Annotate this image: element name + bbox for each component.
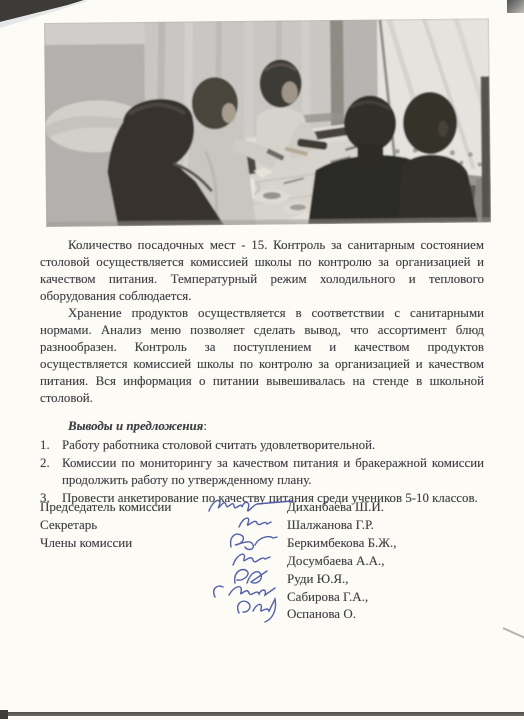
signature-stroke [238, 599, 276, 622]
signature-name: Сабирова Г.А., [287, 588, 396, 606]
body-text: Количество посадочных мест - 15. Контрол… [40, 237, 484, 507]
signature-name: Беркимбекова Б.Ж., [287, 534, 396, 552]
signature-stroke [231, 534, 277, 549]
signature-name: Руди Ю.Я., [287, 570, 396, 588]
signature-stroke [235, 570, 267, 584]
conclusions-heading: Выводы и предложения: [68, 418, 484, 435]
list-item-number: 1. [40, 437, 62, 455]
signature-name: Досумбаева А.А., [287, 552, 396, 570]
photo-illustration [44, 18, 491, 227]
scan-artifact-bottom-notch [0, 710, 8, 719]
signature-roles: Председатель комиссии Секретарь Члены ко… [40, 498, 171, 552]
signature-role-secretary: Секретарь [40, 516, 171, 534]
signature-names: Диханбаева Ш.И. Шалжанова Г.Р. Беркимбек… [287, 498, 396, 623]
list-item-text: Работу работника столовой считать удовле… [62, 437, 484, 455]
list-item: 1. Работу работника столовой считать удо… [40, 437, 484, 455]
signature-name: Оспанова О. [287, 605, 396, 623]
scanned-document-page: Количество посадочных мест - 15. Контрол… [0, 0, 524, 720]
scan-artifact-bottom-bar [0, 712, 524, 716]
paragraph-storage: Хранение продуктов осуществляется в соот… [40, 305, 484, 407]
scan-artifact-corner-scratch [503, 627, 524, 639]
scan-artifact-top-right [507, 0, 524, 13]
signature-role-chair: Председатель комиссии [40, 498, 171, 516]
paragraph-seating-control: Количество посадочных мест - 15. Контрол… [40, 237, 484, 305]
signature-stroke [239, 518, 271, 527]
signature-name: Шалжанова Г.Р. [287, 516, 396, 534]
conclusions-heading-colon: : [203, 419, 207, 433]
signature-role-members: Члены комиссии [40, 534, 171, 552]
signature-stroke [214, 586, 275, 597]
photo-dining-room [44, 18, 491, 227]
conclusions-heading-text: Выводы и предложения [68, 419, 203, 433]
signature-stroke [233, 554, 270, 565]
signature-name: Диханбаева Ш.И. [287, 498, 396, 516]
list-item-number: 2. [40, 455, 62, 490]
signature-stroke [209, 500, 292, 511]
